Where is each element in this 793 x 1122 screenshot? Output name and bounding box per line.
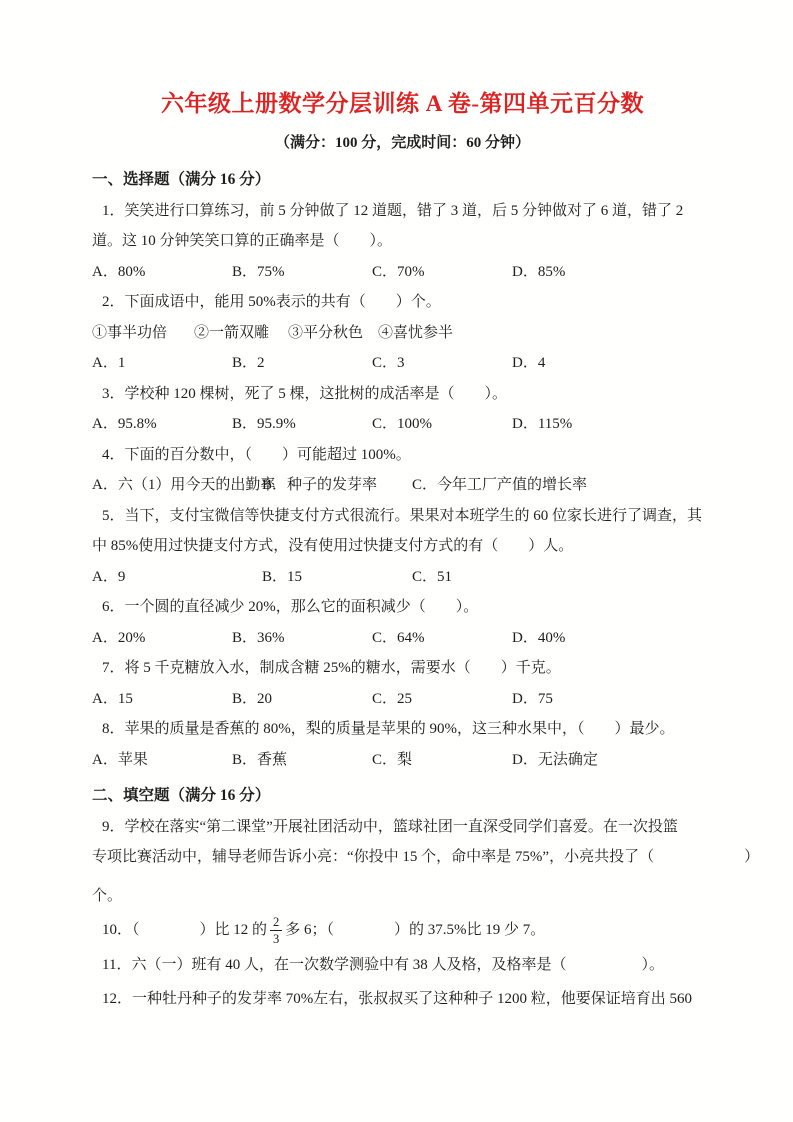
- question-1-line-1: 1．笑笑进行口算练习，前 5 分钟做了 12 道题，错了 3 道，后 5 分钟做…: [92, 196, 713, 227]
- question-8-option-b: B．香蕉: [232, 745, 372, 776]
- question-2-option-a: A．1: [92, 348, 232, 379]
- question-5-option-c: C．51: [412, 562, 713, 593]
- question-8-options: A．苹果 B．香蕉 C．梨 D．无法确定: [92, 745, 713, 776]
- question-2-options: A．1 B．2 C．3 D．4: [92, 348, 713, 379]
- question-8-option-d: D．无法确定: [512, 745, 713, 776]
- question-6-option-c: C．64%: [372, 623, 512, 654]
- question-4-line-1: 4．下面的百分数中，（ ）可能超过 100%。: [92, 440, 713, 471]
- question-7-options: A．15 B．20 C．25 D．75: [92, 684, 713, 715]
- question-7-line-1: 7．将 5 千克糖放入水，制成含糖 25%的糖水，需要水（ ）千克。: [92, 653, 713, 684]
- question-1-option-d: D．85%: [512, 257, 713, 288]
- question-2-line-1: 2．下面成语中，能用 50%表示的共有（ ）个。: [92, 287, 713, 318]
- question-10-text-post: 多 6；（ ）的 37.5%比 19 少 7。: [285, 922, 545, 938]
- question-5-line-1: 5．当下，支付宝微信等快捷支付方式很流行。果果对本班学生的 60 位家长进行了调…: [92, 501, 713, 532]
- question-2-option-b: B．2: [232, 348, 372, 379]
- question-7-option-d: D．75: [512, 684, 713, 715]
- question-2-option-d: D．4: [512, 348, 713, 379]
- question-3-option-a: A．95.8%: [92, 409, 232, 440]
- fraction-denominator: 3: [270, 931, 282, 946]
- question-9-line-3: 个。: [92, 881, 713, 912]
- question-5-line-2: 中 85%使用过快捷支付方式，没有使用过快捷支付方式的有（ ）人。: [92, 531, 713, 562]
- question-2-idioms: ①事半功倍 ②一箭双雕 ③平分秋色 ④喜忧参半: [92, 318, 713, 349]
- question-3-option-b: B．95.9%: [232, 409, 372, 440]
- page-title: 六年级上册数学分层训练 A 卷-第四单元百分数: [92, 88, 713, 120]
- fraction-numerator: 2: [270, 916, 282, 932]
- question-4-option-c: C．今年工厂产值的增长率: [412, 470, 713, 501]
- exam-paper-page: 六年级上册数学分层训练 A 卷-第四单元百分数 （满分：100 分，完成时间：6…: [0, 0, 793, 1015]
- question-6-option-a: A．20%: [92, 623, 232, 654]
- page-subtitle: （满分：100 分，完成时间：60 分钟）: [92, 131, 713, 155]
- question-4-options: A．六（1）用今天的出勤率 B．种子的发芽率 C．今年工厂产值的增长率: [92, 470, 713, 501]
- question-1-options: A．80% B．75% C．70% D．85%: [92, 257, 713, 288]
- question-3-option-d: D．115%: [512, 409, 713, 440]
- question-10-text-pre: 10．（ ）比 12 的: [102, 922, 267, 938]
- question-1-option-a: A．80%: [92, 257, 232, 288]
- question-8-option-a: A．苹果: [92, 745, 232, 776]
- fraction-two-thirds: 23: [270, 916, 282, 946]
- question-7-option-a: A．15: [92, 684, 232, 715]
- question-7-option-b: B．20: [232, 684, 372, 715]
- idiom-1: ①事半功倍: [92, 318, 194, 349]
- question-6-option-d: D．40%: [512, 623, 713, 654]
- question-6-options: A．20% B．36% C．64% D．40%: [92, 623, 713, 654]
- question-5-options: A．9 B．15 C．51: [92, 562, 713, 593]
- question-7-option-c: C．25: [372, 684, 512, 715]
- question-6-option-b: B．36%: [232, 623, 372, 654]
- question-5-option-b: B．15: [262, 562, 412, 593]
- question-3-options: A．95.8% B．95.9% C．100% D．115%: [92, 409, 713, 440]
- question-2-option-c: C．3: [372, 348, 512, 379]
- question-6-line-1: 6．一个圆的直径减少 20%，那么它的面积减少（ ）。: [92, 592, 713, 623]
- question-9-line-2: 专项比赛活动中，辅导老师告诉小亮：“你投中 15 个，命中率是 75%”，小亮共…: [92, 842, 713, 873]
- question-4-option-b: B．种子的发芽率: [262, 470, 412, 501]
- question-1-option-b: B．75%: [232, 257, 372, 288]
- question-3-option-c: C．100%: [372, 409, 512, 440]
- idiom-4: ④喜忧参半: [378, 318, 713, 349]
- question-8-line-1: 8．苹果的质量是香蕉的 80%，梨的质量是苹果的 90%，这三种水果中，（ ）最…: [92, 714, 713, 745]
- question-12-line-1: 12．一种牡丹种子的发芽率 70%左右，张叔叔买了这种种子 1200 粒，他要保…: [92, 984, 713, 1015]
- question-4-option-a: A．六（1）用今天的出勤率: [92, 470, 262, 501]
- question-3-line-1: 3．学校种 120 棵树，死了 5 棵，这批树的成活率是（ ）。: [92, 379, 713, 410]
- question-1-line-2: 道。这 10 分钟笑笑口算的正确率是（ ）。: [92, 226, 713, 257]
- question-9-line-1: 9．学校在落实“第二课堂”开展社团活动中，篮球社团一直深受同学们喜爱。在一次投篮: [92, 812, 713, 843]
- question-8-option-c: C．梨: [372, 745, 512, 776]
- question-11-line-1: 11．六（一）班有 40 人，在一次数学测验中有 38 人及格，及格率是（ ）。: [92, 950, 713, 981]
- question-5-option-a: A．9: [92, 562, 262, 593]
- idiom-3: ③平分秋色: [288, 318, 378, 349]
- question-1-option-c: C．70%: [372, 257, 512, 288]
- question-10-text: 10．（ ）比 12 的23多 6；（ ）的 37.5%比 19 少 7。: [92, 915, 713, 946]
- section-2-heading: 二、填空题（满分 16 分）: [92, 781, 713, 812]
- idiom-2: ②一箭双雕: [194, 318, 288, 349]
- section-1-heading: 一、选择题（满分 16 分）: [92, 165, 713, 196]
